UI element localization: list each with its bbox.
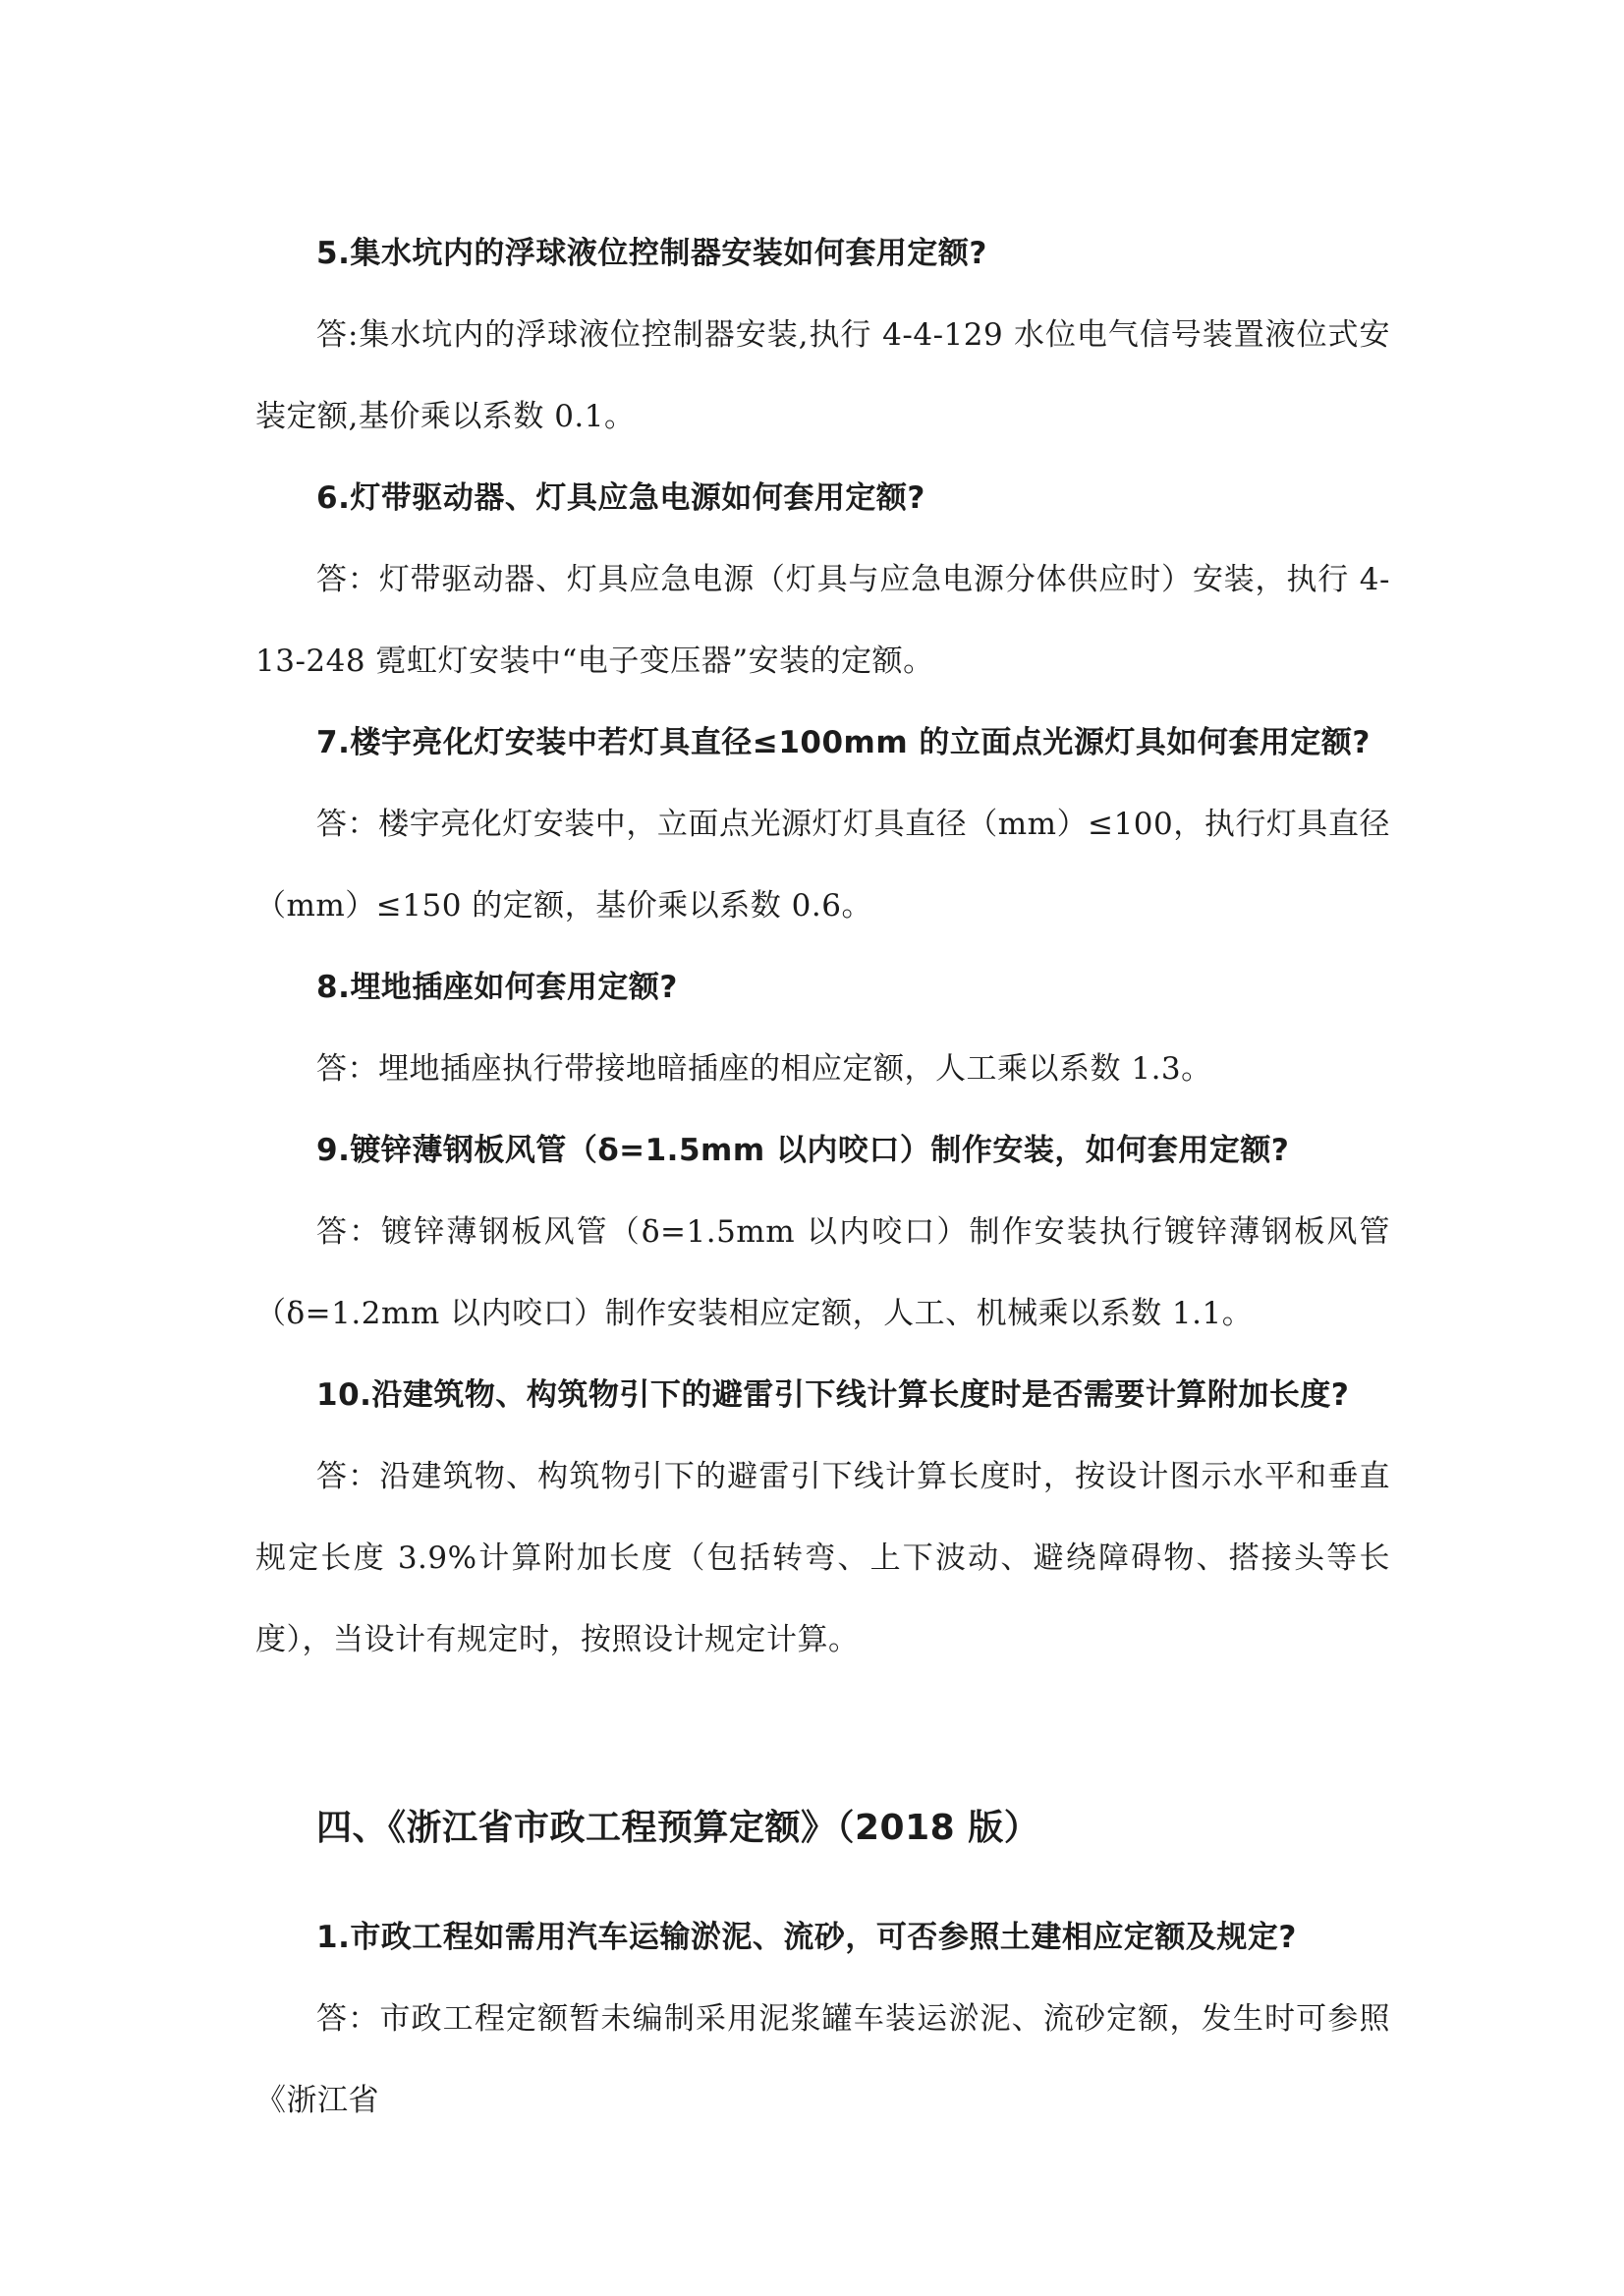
answer-7: 答：楼宇亮化灯安装中，立面点光源灯灯具直径（mm）≤100，执行灯具直径（mm）… xyxy=(255,784,1390,947)
answer-9: 答：镀锌薄钢板风管（δ=1.5mm 以内咬口）制作安装执行镀锌薄钢板风管（δ=1… xyxy=(255,1192,1390,1355)
answer-8: 答：埋地插座执行带接地暗插座的相应定额，人工乘以系数 1.3。 xyxy=(255,1029,1390,1110)
question-10: 10.沿建筑物、构筑物引下的避雷引下线计算长度时是否需要计算附加长度? xyxy=(255,1355,1390,1436)
question-6: 6.灯带驱动器、灯具应急电源如何套用定额? xyxy=(255,458,1390,539)
section-4-heading: 四、《浙江省市政工程预算定额》（2018 版） xyxy=(255,1774,1390,1882)
answer-10: 答：沿建筑物、构筑物引下的避雷引下线计算长度时，按设计图示水平和垂直规定长度 3… xyxy=(255,1436,1390,1681)
section-4-question-1: 1.市政工程如需用汽车运输淤泥、流砂，可否参照土建相应定额及规定? xyxy=(255,1897,1390,1979)
question-8: 8.埋地插座如何套用定额? xyxy=(255,947,1390,1029)
document-page: 5.集水坑内的浮球液位控制器安装如何套用定额? 答:集水坑内的浮球液位控制器安装… xyxy=(0,0,1624,2296)
question-9: 9.镀锌薄钢板风管（δ=1.5mm 以内咬口）制作安装，如何套用定额? xyxy=(255,1110,1390,1192)
answer-5: 答:集水坑内的浮球液位控制器安装,执行 4-4-129 水位电气信号装置液位式安… xyxy=(255,295,1390,458)
answer-6: 答：灯带驱动器、灯具应急电源（灯具与应急电源分体供应时）安装，执行 4-13-2… xyxy=(255,539,1390,702)
question-5: 5.集水坑内的浮球液位控制器安装如何套用定额? xyxy=(255,213,1390,295)
section-4-answer-1-partial: 答：市政工程定额暂未编制采用泥浆罐车装运淤泥、流砂定额，发生时可参照《浙江省 xyxy=(255,1979,1390,2142)
question-7: 7.楼宇亮化灯安装中若灯具直径≤100mm 的立面点光源灯具如何套用定额? xyxy=(255,702,1390,784)
document-body: 5.集水坑内的浮球液位控制器安装如何套用定额? 答:集水坑内的浮球液位控制器安装… xyxy=(255,213,1390,2142)
